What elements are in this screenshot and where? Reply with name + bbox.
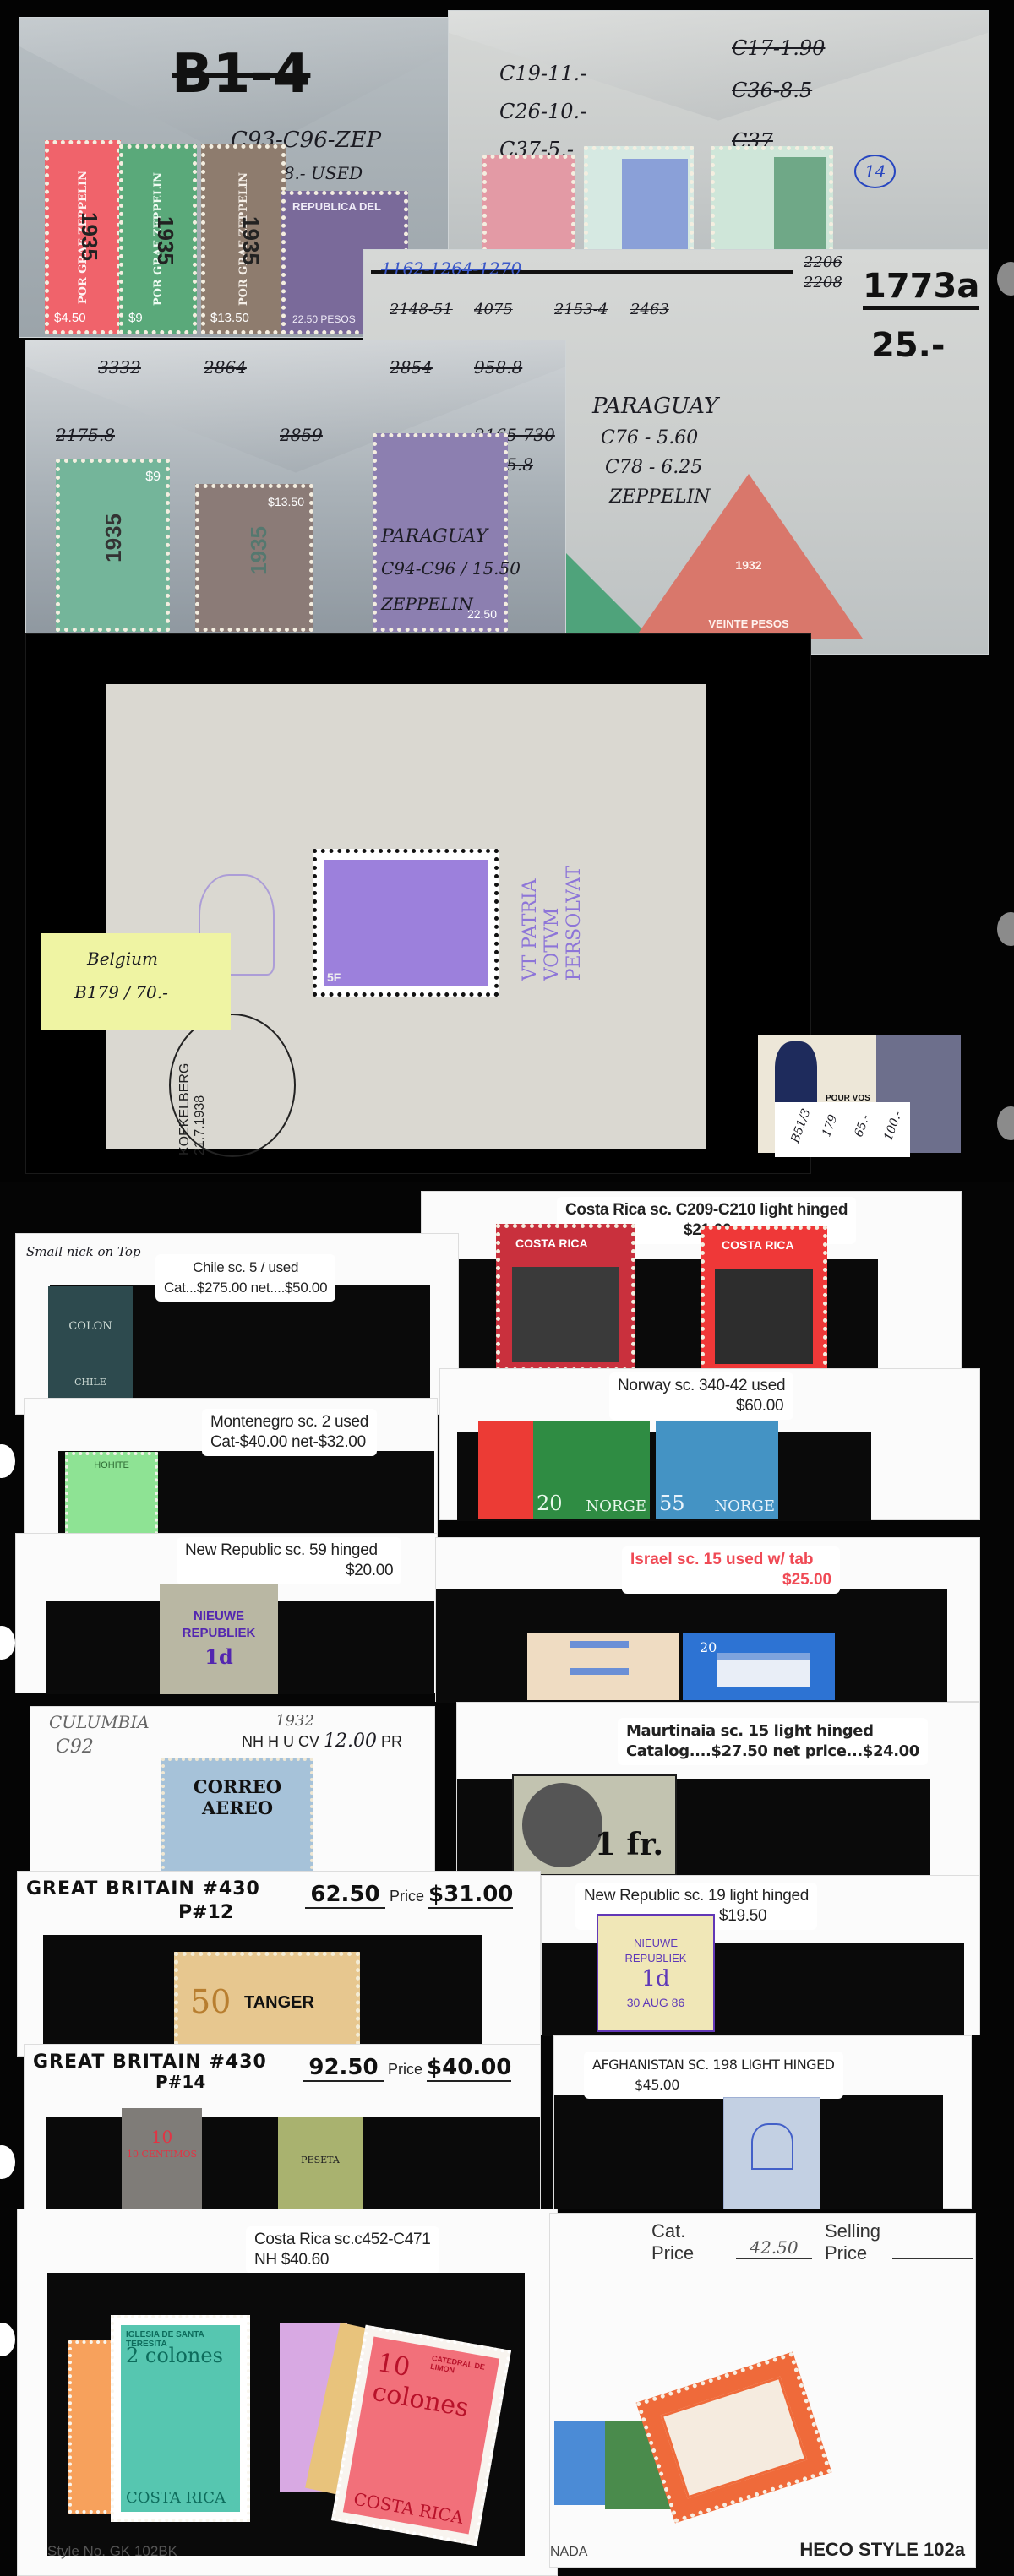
stamp-korea-green	[711, 146, 833, 260]
stamp-afghanistan	[723, 2097, 820, 2209]
envelope-3-price: 25.-	[871, 326, 945, 365]
envelope-1-note: 18.- USED	[273, 163, 363, 183]
stamp-costa-rica-1: COSTA RICA	[496, 1224, 635, 1372]
stamp-korea-red	[482, 155, 575, 260]
card-norway[interactable]: Norway sc. 340-42 used $60.00 20 NORGE 5…	[439, 1368, 980, 1520]
envelope-3-code: 1773a	[863, 267, 979, 310]
card-gb-430-p12[interactable]: GREAT BRITAIN #430 P#12 62.50 Price $31.…	[17, 1871, 541, 2057]
bottom-stock-page: Costa Rica sc. C209-C210 light hinged $2…	[0, 1187, 1014, 2576]
envelope-2-circled-note: 14	[854, 155, 896, 188]
card-montenegro[interactable]: Montenegro sc. 2 used Cat-$40.00 net-$32…	[24, 1398, 438, 1554]
handwritten-note: GREAT BRITAIN #430	[26, 1878, 260, 1899]
stamp-israel: 20	[683, 1633, 835, 1700]
belgium-sheet-inscription: VT PATRIA VOTVM PERSOLVAT	[520, 866, 586, 981]
envelope-3-note: 2206	[804, 253, 842, 271]
handwritten-note: CULUMBIA	[49, 1712, 150, 1732]
card-label: Montenegro sc. 2 used Cat-$40.00 net-$32…	[202, 1409, 377, 1456]
handwritten-note: C92	[56, 1736, 94, 1758]
belgium-sticky-note: Belgium B179 / 70.-	[41, 933, 231, 1030]
stamp-tanger: 50 TANGER	[174, 1952, 360, 2053]
stamp-paraguay-red: POR GRAF ZEPPELIN 1935 $4.50	[45, 140, 121, 334]
stamp-france-10c: 10 10 CENTIMOS	[122, 2108, 202, 2214]
card-label: Maurtinaia sc. 15 light hinged Catalog..…	[618, 1718, 928, 1765]
envelope-4-note: 2175.8	[56, 425, 115, 445]
card-label: New Republic sc. 59 hinged $20.00	[177, 1537, 401, 1584]
envelope-5-note: ZEPPELIN	[609, 486, 711, 508]
envelope-2-note: C26-10.-	[499, 100, 586, 123]
stamp-new-republic: NIEUWE REPUBLIEK 1d	[160, 1584, 278, 1694]
card-label: Israel sc. 15 used w/ tab $25.00	[622, 1546, 840, 1594]
card-costa-rica-c452[interactable]: Costa Rica sc.c452-C471 NH $40.60 IGLESI…	[17, 2209, 558, 2576]
envelope-4-note: 2854	[390, 357, 433, 378]
glassine-envelope-4[interactable]: 3332 2864 2854 958.8 2175.8 2859 2165-73…	[25, 340, 566, 635]
handwritten-note: P#12	[178, 1902, 233, 1923]
belgium-souvenir-sheet[interactable]: 5F VT PATRIA VOTVM PERSOLVAT KOEKELBERG …	[106, 684, 706, 1149]
card-gb-430-p14[interactable]: GREAT BRITAIN #430 P#14 92.50 Price $40.…	[24, 2044, 541, 2213]
stamp-israel-tab	[527, 1633, 679, 1700]
envelope-5-note: C78 - 6.25	[605, 457, 702, 478]
binder-hole	[997, 262, 1014, 296]
card-label: NH H U CV 12.00 PR	[242, 1731, 402, 1752]
envelope-3-note: 2153-4	[554, 301, 608, 318]
envelope-2-note: C36-8.5	[732, 79, 812, 102]
envelope-4-note: PARAGUAY	[381, 526, 488, 547]
price-line: 92.50 Price $40.00	[303, 2055, 511, 2082]
glassine-envelope-2[interactable]: C19-11.- C26-10.- C37-5.- C17-1.90 C36-8…	[448, 10, 989, 255]
envelope-3-note: 2463	[630, 301, 669, 318]
envelope-4-note: 2864	[204, 357, 247, 378]
card-label: Norway sc. 340-42 used $60.00	[609, 1372, 793, 1420]
belgium-sheet-stamp: 5F	[313, 849, 499, 997]
card-new-republic-19[interactable]: New Republic sc. 19 light hinged $19.50 …	[541, 1875, 980, 2035]
binder-hole	[0, 1444, 15, 1478]
stamp-paraguay-green-2: 1935 $9	[56, 459, 170, 632]
belgium-small-note: B51/3 179 65.- 100.-	[775, 1102, 910, 1157]
card-footer: Style No. GK 102BK	[47, 2543, 177, 2560]
stamp-norway-30	[478, 1421, 533, 1519]
handwritten-note: Small nick on Top	[26, 1244, 140, 1259]
card-footer-left: NADA	[550, 2545, 587, 2560]
top-stock-page: B1-4 C93-C96-ZEP 18.- USED POR GRAF ZEPP…	[0, 0, 1014, 1182]
card-chile[interactable]: Small nick on Top Chile sc. 5 / used Cat…	[15, 1233, 459, 1415]
binder-hole	[0, 2145, 15, 2179]
handwritten-note: 1932	[275, 1712, 314, 1730]
stamp-mauritania: 1 fr.	[512, 1774, 677, 1876]
card-costa-rica-c209[interactable]: Costa Rica sc. C209-C210 light hinged $2…	[421, 1191, 962, 1377]
binder-hole	[0, 2323, 15, 2356]
card-label: Costa Rica sc.c452-C471 NH $40.60	[246, 2226, 439, 2274]
card-columbia[interactable]: CULUMBIA C92 1932 NH H U CV 12.00 PR COR…	[30, 1706, 435, 1875]
card-label: AFGHANISTAN SC. 198 LIGHT HINGED $45.00	[584, 2052, 843, 2099]
stamp-costa-rica-2: COSTA RICA	[701, 1226, 827, 1373]
envelope-3-note: 4075	[474, 301, 513, 318]
cat-price-value: 42.50	[736, 2237, 812, 2259]
selling-price-label: Selling Price	[825, 2220, 880, 2264]
card-saudi-heco[interactable]: Cat. Price 42.50 Selling Price NADA HECO…	[549, 2213, 976, 2568]
binder-hole	[0, 1626, 15, 1660]
card-israel[interactable]: Israel sc. 15 used w/ tab $25.00 20	[435, 1537, 980, 1702]
card-afghanistan[interactable]: AFGHANISTAN SC. 198 LIGHT HINGED $45.00	[553, 2035, 972, 2209]
envelope-3-note: 2208	[804, 274, 842, 291]
stamp-france-peseta: PESETA	[278, 2117, 363, 2214]
envelope-1-code: B1-4	[172, 43, 310, 106]
envelope-5-note: C76 - 5.60	[601, 427, 698, 448]
binder-hole	[997, 912, 1014, 946]
price-line: 62.50 Price $31.00	[305, 1882, 513, 1909]
stamp-norway-20: 20 NORGE	[533, 1421, 650, 1519]
binder-hole	[997, 1106, 1014, 1140]
stamp-paraguay-brown: POR GRAF ZEPPELIN 1935 $13.50	[201, 144, 286, 334]
belgium-tab-stamp[interactable]: POUR VOS B51/3 179 65.- 100.-	[758, 1035, 961, 1153]
stamp-paraguay-green: POR GRAF ZEPPELIN 1935 $9	[119, 144, 197, 334]
stamp-korea-blue	[584, 146, 694, 260]
selling-price-input[interactable]	[892, 2258, 973, 2259]
envelope-3-note: 1162-1264-1270	[381, 258, 521, 279]
envelope-5-note: PARAGUAY	[592, 394, 718, 419]
stamp-paraguay-brown-2: 1935 $13.50	[195, 484, 313, 632]
card-mauritania[interactable]: Maurtinaia sc. 15 light hinged Catalog..…	[456, 1702, 980, 1879]
envelope-3-note: 2148-51	[390, 301, 453, 318]
handwritten-note: P#14	[155, 2072, 205, 2092]
card-label: Chile sc. 5 / used Cat...$275.00 net....…	[155, 1254, 335, 1302]
envelope-4-note: ZEPPELIN	[381, 594, 473, 614]
belgium-postmark: KOEKELBERG 21.7.1938	[169, 1014, 296, 1157]
envelope-4-note: 2859	[280, 425, 323, 445]
envelope-4-note: C94-C96 / 15.50	[381, 558, 521, 579]
stamp-colombia: CORREO AEREO	[161, 1758, 313, 1876]
stamp-new-republic-19: NIEUWE REPUBLIEK 1d 30 AUG 86	[597, 1914, 715, 2032]
envelope-4-note: 958.8	[474, 357, 522, 378]
stamp-chile: COLON CHILE	[48, 1286, 133, 1405]
envelope-2-note: C19-11.-	[499, 62, 586, 85]
card-footer-right: HECO STYLE 102a	[799, 2539, 965, 2561]
envelope-2-note: C17-1.90	[732, 36, 825, 60]
cat-price-label: Cat. Price	[651, 2220, 694, 2264]
stamp-norway-55: 55 NORGE	[656, 1421, 778, 1519]
card-new-republic-59[interactable]: New Republic sc. 59 hinged $20.00 NIEUWE…	[15, 1533, 438, 1693]
stamp-costa-rica-2-colones: IGLESIA DE SANTA TERESITA 2 colones COST…	[111, 2315, 250, 2522]
handwritten-note: GREAT BRITAIN #430	[33, 2052, 267, 2073]
envelope-4-note: 3332	[98, 357, 141, 378]
